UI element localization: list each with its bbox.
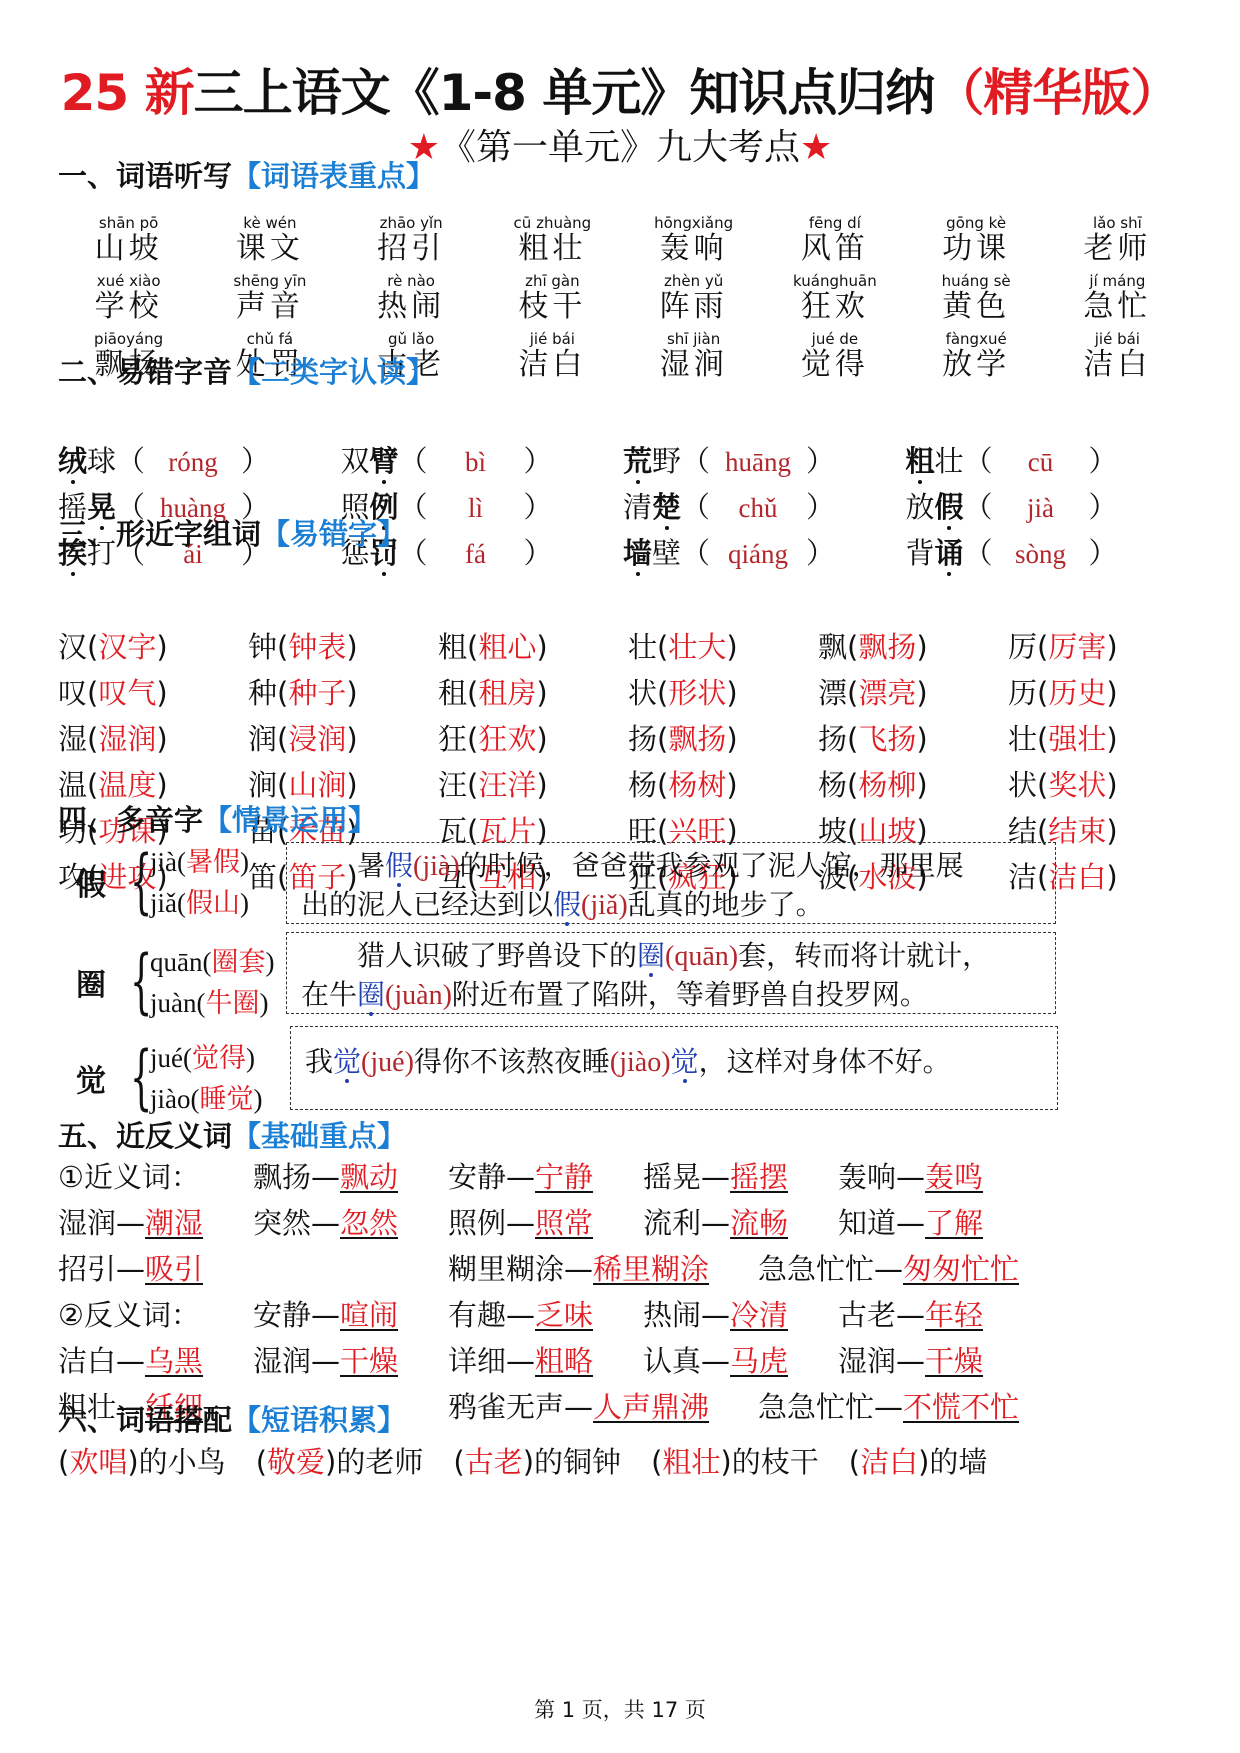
paren-close: ) <box>536 676 547 710</box>
word-pair: 安静—喧闹 <box>253 1292 398 1338</box>
paren-close: ) <box>265 947 274 977</box>
pinyin-label: lǎo shī <box>1093 214 1142 232</box>
paren-open: （ <box>116 444 145 478</box>
vocab-word: zhāo yǐn招引 <box>341 214 482 272</box>
polyphone-option: jià(暑假) <box>150 842 249 883</box>
answer-word: 了解 <box>925 1206 983 1240</box>
highlighted-char: 圈 <box>637 939 665 972</box>
paren-close: ） <box>806 536 835 570</box>
source-word: 安静— <box>448 1160 535 1194</box>
paren-close: ) <box>156 630 167 664</box>
pinyin-label: zhāo yǐn <box>380 214 443 232</box>
pinyin: juàn <box>150 988 197 1018</box>
pinyin-label: jí máng <box>1089 272 1145 290</box>
paren-close: ） <box>524 490 553 524</box>
paren-open: ( <box>197 988 206 1018</box>
vocab-word: cū zhuàng粗壮 <box>482 214 623 272</box>
pinyin-label: jié bái <box>1095 330 1140 348</box>
answer-word: 轰鸣 <box>925 1160 983 1194</box>
compound-word: 壮大 <box>668 630 726 664</box>
paren-close: ) <box>240 847 249 877</box>
compound-word: 飘扬 <box>668 722 726 756</box>
base-char: 润 <box>248 722 277 756</box>
base-char: 汪 <box>438 768 467 802</box>
word-part: 壮 <box>935 444 964 478</box>
base-char: 汉 <box>58 630 87 664</box>
section-heading-2: 二、易错字音【二类字认读】 <box>58 352 435 392</box>
source-word: 招引— <box>58 1252 145 1286</box>
compound-word: 杨树 <box>668 768 726 802</box>
modifier-word: 敬爱 <box>267 1445 325 1479</box>
answer-word: 摇摆 <box>730 1160 788 1194</box>
pinyin-label: huáng sè <box>942 272 1011 290</box>
hanzi-word: 狂欢 <box>801 290 869 324</box>
hanzi-word: 粗壮 <box>518 232 586 266</box>
paren-close: ) <box>346 722 357 756</box>
emphasized-char: 荒 <box>623 444 652 478</box>
compound-word: 厉害 <box>1048 630 1106 664</box>
compound-word: 温度 <box>98 768 156 802</box>
hanzi-word: 洁白 <box>1083 348 1151 382</box>
word-pair: 湿润—干燥 <box>253 1338 398 1384</box>
vocab-row: xué xiào学校shēng yīn声音rè nào热闹zhī gàn枝干zh… <box>58 272 1188 330</box>
paren-close: ） <box>1089 444 1118 478</box>
polyphone-char: 觉 <box>76 1056 106 1100</box>
pinyin: jiǎ <box>150 888 177 918</box>
hanzi-word: 阵雨 <box>660 290 728 324</box>
pinyin-label: zhèn yǔ <box>664 272 723 290</box>
pinyin-label: xué xiào <box>97 272 161 290</box>
pinyin-answer: chǔ <box>710 493 806 524</box>
section-heading-3: 三、形近字组词【易错字】 <box>58 514 406 554</box>
modifier-word: 粗壮 <box>662 1445 720 1479</box>
answer-word: 稀里糊涂 <box>593 1252 709 1286</box>
paren-close: ) <box>916 630 927 664</box>
pinyin-answer: jià <box>993 493 1089 524</box>
base-char: 种 <box>248 676 277 710</box>
pinyin-label: chǔ fá <box>247 330 294 348</box>
noun-phrase: 的老师 <box>336 1445 423 1479</box>
example-word: 睡觉 <box>200 1084 254 1115</box>
vocab-word: shēng yīn声音 <box>199 272 340 330</box>
emphasized-char: 粗 <box>906 444 935 478</box>
similar-item: 状(形状) <box>628 671 818 712</box>
paren-close: ) <box>916 722 927 756</box>
vocab-word: rè nào热闹 <box>341 272 482 330</box>
similar-item: 状(奖状) <box>1008 763 1198 804</box>
compound-word: 汪洋 <box>478 768 536 802</box>
sentence-text: 的时候，爸爸带我参观了泥人馆，那里展 <box>460 849 964 882</box>
pinyin-label: hōngxiǎng <box>654 214 733 232</box>
emphasized-char: 诵 <box>935 536 964 570</box>
pinyin-label: piāoyáng <box>94 330 163 348</box>
similar-row: 叹(叹气)种(种子)租(租房)状(形状)漂(漂亮)历(历史) <box>58 668 1198 714</box>
polyphone-option: jué(觉得) <box>150 1038 263 1079</box>
noun-phrase: 的铜钟 <box>534 1445 621 1479</box>
hanzi-word: 声音 <box>236 290 304 324</box>
answer-word: 宁静 <box>535 1160 593 1194</box>
vocab-word: kuánghuān狂欢 <box>764 272 905 330</box>
word-part: 双 <box>341 444 370 478</box>
sentence-text: 乱真的地步了。 <box>628 888 824 921</box>
answer-word: 干燥 <box>925 1344 983 1378</box>
paren-close: ) <box>536 630 547 664</box>
paren-open: （ <box>681 444 710 478</box>
polyphone-options: quān(圈套)juàn(牛圈) <box>150 942 274 1024</box>
pinyin-label: jué de <box>812 330 858 348</box>
sentence-line: 出的泥人已经达到以假(jiǎ)乱真的地步了。 <box>301 886 1041 925</box>
vocab-word: shān pō山坡 <box>58 214 199 272</box>
vocab-word: huáng sè黄色 <box>906 272 1047 330</box>
noun-phrase: 的枝干 <box>732 1445 819 1479</box>
answer-word: 马虎 <box>730 1344 788 1378</box>
pinyin-answer: fá <box>428 539 524 570</box>
paren-close: ） <box>524 536 553 570</box>
similar-item: 壮(强壮) <box>1008 717 1198 758</box>
source-word: 洁白— <box>58 1344 145 1378</box>
section-heading-1: 一、词语听写【词语表重点】 <box>58 156 435 196</box>
base-char: 历 <box>1008 676 1037 710</box>
polyphone-option: jiǎ(假山) <box>150 883 249 924</box>
paren-close: ） <box>806 490 835 524</box>
paren-close: ) <box>523 1445 534 1479</box>
compound-word: 租房 <box>478 676 536 710</box>
hanzi-word: 学校 <box>95 290 163 324</box>
paren-open: ( <box>1037 768 1048 802</box>
answer-word: 飘动 <box>340 1160 398 1194</box>
answer-word: 喧闹 <box>340 1298 398 1332</box>
section-tag: 【词语表重点】 <box>232 159 435 193</box>
synonym-row: 湿润—潮湿突然—忽然照例—照常流利—流畅知道—了解 <box>58 1200 1198 1246</box>
example-word: 圈套 <box>211 947 265 978</box>
similar-item: 扬(飞扬) <box>818 717 1008 758</box>
word-pair: 招引—吸引 <box>58 1246 203 1292</box>
vocab-word: jí máng急忙 <box>1047 272 1188 330</box>
compound-word: 形状 <box>668 676 726 710</box>
source-word: 安静— <box>253 1298 340 1332</box>
hanzi-word: 急忙 <box>1083 290 1151 324</box>
pinyin-label: kè wén <box>243 214 296 232</box>
paren-open: （ <box>964 536 993 570</box>
paren-open: ( <box>183 1043 192 1073</box>
example-sentence-box: 猎人识破了野兽设下的圈(quān)套，转而将计就计，在牛圈(juàn)附近布置了… <box>286 932 1056 1014</box>
word-pair: ①近义词： <box>58 1154 200 1200</box>
page-number: 第 1 页，共 17 页 <box>0 1694 1240 1724</box>
title-suffix: （精华版） <box>934 64 1179 122</box>
example-word: 觉得 <box>192 1043 246 1074</box>
paren-open: ( <box>58 1445 69 1479</box>
similar-item: 汪(汪洋) <box>438 763 628 804</box>
source-word: ①近义词： <box>58 1160 200 1194</box>
source-word: 流利— <box>643 1206 730 1240</box>
vocab-word: jué de觉得 <box>764 330 905 388</box>
hanzi-word: 湿涧 <box>660 348 728 382</box>
polyphone-char: 假 <box>76 860 106 904</box>
sentence-line: 在牛圈(juàn)附近布置了陷阱，等着野兽自投罗网。 <box>301 976 1041 1015</box>
paren-open: ( <box>657 722 668 756</box>
pinyin-label: cū zhuàng <box>514 214 592 232</box>
sentence-text: 得你不该熬夜睡 <box>414 1045 610 1078</box>
answer-word: 潮湿 <box>145 1206 203 1240</box>
sentence-text: 套，转而将计就计， <box>738 939 990 972</box>
pinyin-label: shēng yīn <box>233 272 306 290</box>
brace-icon: { <box>130 946 152 1016</box>
paren-close: ) <box>1106 676 1117 710</box>
word-pair: 流利—流畅 <box>643 1200 788 1246</box>
compound-word: 强壮 <box>1048 722 1106 756</box>
answer-word: 不慌不忙 <box>903 1390 1019 1424</box>
base-char: 狂 <box>438 722 467 756</box>
base-char: 温 <box>58 768 87 802</box>
paren-open: ( <box>467 768 478 802</box>
similar-item: 涧(山涧) <box>248 763 438 804</box>
vocab-word: kè wén课文 <box>199 214 340 272</box>
word-pair: 古老—年轻 <box>838 1292 983 1338</box>
paren-open: （ <box>964 490 993 524</box>
base-char: 租 <box>438 676 467 710</box>
brace-icon: { <box>130 846 152 916</box>
compound-word: 洁白 <box>1048 860 1106 894</box>
similar-item: 厉(厉害) <box>1008 625 1198 666</box>
paren-open: ( <box>277 722 288 756</box>
word-part: 清 <box>623 490 652 524</box>
pronunciation-row: 绒球（róng）双臂（bì）荒野（huāng）粗壮（cū） <box>58 436 1188 482</box>
base-char: 杨 <box>628 768 657 802</box>
paren-open: （ <box>681 490 710 524</box>
similar-item: 湿(湿润) <box>58 717 248 758</box>
vocab-word: shī jiàn湿涧 <box>623 330 764 388</box>
similar-row: 湿(湿润)润(浸润)狂(狂欢)扬(飘扬)扬(飞扬)壮(强壮) <box>58 714 1198 760</box>
word-pair: 飘扬—飘动 <box>253 1154 398 1200</box>
word-pair: 知道—了解 <box>838 1200 983 1246</box>
pinyin-answer: qiáng <box>710 539 806 570</box>
modifier-word: 古老 <box>465 1445 523 1479</box>
pinyin-label: jié bái <box>530 330 575 348</box>
hanzi-word: 黄色 <box>942 290 1010 324</box>
paren-close: ) <box>1106 860 1117 894</box>
sentence-line: 猎人识破了野兽设下的圈(quān)套，转而将计就计， <box>301 937 1041 976</box>
paren-open: ( <box>657 676 668 710</box>
section-tag: 【短语积累】 <box>232 1403 406 1437</box>
pinyin-label: kuánghuān <box>793 272 877 290</box>
paren-close: ) <box>726 630 737 664</box>
base-char: 扬 <box>628 722 657 756</box>
paren-close: ) <box>726 768 737 802</box>
paren-close: ) <box>346 768 357 802</box>
source-word: 湿润— <box>58 1206 145 1240</box>
phrase: (粗壮)的枝干 <box>651 1445 819 1479</box>
pinyin-answer: róng <box>145 447 241 478</box>
sentence-line: 暑假(jià)的时候，爸爸带我参观了泥人馆，那里展 <box>301 847 1041 886</box>
paren-close: ) <box>254 1084 263 1114</box>
answer-word: 乏味 <box>535 1298 593 1332</box>
answer-word: 干燥 <box>340 1344 398 1378</box>
paren-close: ) <box>536 722 547 756</box>
example-sentence-box: 暑假(jià)的时候，爸爸带我参观了泥人馆，那里展出的泥人已经达到以假(jiǎ)… <box>286 842 1056 924</box>
paren-close: ) <box>260 988 269 1018</box>
paren-open: （ <box>681 536 710 570</box>
pinyin-label: zhī gàn <box>525 272 580 290</box>
source-word: 照例— <box>448 1206 535 1240</box>
synonym-row: 招引—吸引糊里糊涂—稀里糊涂急急忙忙—匆匆忙忙 <box>58 1246 1198 1292</box>
pronunciation-item: 清楚（chǔ） <box>623 485 906 526</box>
word-pair: 有趣—乏味 <box>448 1292 593 1338</box>
highlighted-char: 假 <box>553 888 581 921</box>
vocab-word: fēng dí风笛 <box>764 214 905 272</box>
pronunciation-item: 绒球（róng） <box>58 439 341 480</box>
paren-close: ) <box>346 630 357 664</box>
emphasized-char: 楚 <box>652 490 681 524</box>
paren-open: ( <box>87 676 98 710</box>
pronunciation-item: 粗壮（cū） <box>906 439 1189 480</box>
paren-open: ( <box>847 722 858 756</box>
source-word: 突然— <box>253 1206 340 1240</box>
pinyin-label: gǔ lǎo <box>388 330 434 348</box>
word-pair: 详细—粗略 <box>448 1338 593 1384</box>
pinyin-label: fēng dí <box>809 214 861 232</box>
polyphone-option: quān(圈套) <box>150 942 274 983</box>
answer-word: 粗略 <box>535 1344 593 1378</box>
source-word: 急急忙忙— <box>758 1252 903 1286</box>
emphasized-char: 绒 <box>58 444 87 478</box>
hanzi-word: 洁白 <box>518 348 586 382</box>
similar-item: 汉(汉字) <box>58 625 248 666</box>
pronunciation-item: 荒野（huāng） <box>623 439 906 480</box>
pinyin: quān <box>150 947 202 977</box>
word-pair: 安静—宁静 <box>448 1154 593 1200</box>
word-pair: 糊里糊涂—稀里糊涂 <box>448 1246 709 1292</box>
paren-open: ( <box>657 768 668 802</box>
source-word: ②反义词： <box>58 1298 200 1332</box>
sentence-text: 附近布置了陷阱，等着野兽自投罗网。 <box>452 978 928 1011</box>
answer-word: 流畅 <box>730 1206 788 1240</box>
paren-close: ) <box>156 722 167 756</box>
section-number: 一、词语听写 <box>58 159 232 193</box>
answer-word: 乌黑 <box>145 1344 203 1378</box>
word-pair: 湿润—干燥 <box>838 1338 983 1384</box>
compound-word: 杨柳 <box>858 768 916 802</box>
pinyin: jiào <box>150 1084 191 1114</box>
source-word: 古老— <box>838 1298 925 1332</box>
base-char: 壮 <box>1008 722 1037 756</box>
sentence-text: 暑 <box>301 849 385 882</box>
hanzi-word: 轰响 <box>660 232 728 266</box>
compound-word: 汉字 <box>98 630 156 664</box>
synonym-row: ②反义词：安静—喧闹有趣—乏味热闹—冷清古老—年轻 <box>58 1292 1198 1338</box>
compound-word: 叹气 <box>98 676 156 710</box>
answer-word: 冷清 <box>730 1298 788 1332</box>
compound-word: 种子 <box>288 676 346 710</box>
paren-close: ) <box>916 676 927 710</box>
pronunciation-item: 放假（jià） <box>906 485 1189 526</box>
vocab-word: jié bái洁白 <box>482 330 623 388</box>
word-part: 野 <box>652 444 681 478</box>
source-word: 知道— <box>838 1206 925 1240</box>
word-pair: 湿润—潮湿 <box>58 1200 203 1246</box>
similar-item: 粗(粗心) <box>438 625 628 666</box>
similar-item: 杨(杨树) <box>628 763 818 804</box>
section-tag: 【基础重点】 <box>232 1119 406 1153</box>
example-sentence-box: 我觉(jué)得你不该熬夜睡(jiào)觉，这样对身体不好。 <box>290 1026 1058 1110</box>
paren-close: ) <box>918 1445 929 1479</box>
answer-word: 年轻 <box>925 1298 983 1332</box>
vocab-word: gōng kè功课 <box>906 214 1047 272</box>
similar-item: 狂(狂欢) <box>438 717 628 758</box>
base-char: 叹 <box>58 676 87 710</box>
word-pair: 鸦雀无声—人声鼎沸 <box>448 1384 709 1430</box>
paren-open: （ <box>399 444 428 478</box>
source-word: 详细— <box>448 1344 535 1378</box>
vocab-word: zhèn yǔ阵雨 <box>623 272 764 330</box>
vocab-word: fàngxué放学 <box>906 330 1047 388</box>
paren-close: ) <box>720 1445 731 1479</box>
similar-item: 种(种子) <box>248 671 438 712</box>
paren-close: ） <box>524 444 553 478</box>
pinyin-answer: huāng <box>710 447 806 478</box>
paren-close: ) <box>240 888 249 918</box>
paren-open: ( <box>177 888 186 918</box>
paren-close: ) <box>1106 768 1117 802</box>
pinyin: jià <box>150 847 177 877</box>
paren-close: ） <box>241 444 270 478</box>
example-word: 牛圈 <box>206 988 260 1019</box>
paren-open: （ <box>964 444 993 478</box>
phrase: (敬爱)的老师 <box>256 1445 424 1479</box>
source-word: 有趣— <box>448 1298 535 1332</box>
paren-close: ) <box>1106 722 1117 756</box>
paren-close: ) <box>127 1445 138 1479</box>
sentence-line: 我觉(jué)得你不该熬夜睡(jiào)觉，这样对身体不好。 <box>305 1043 1043 1082</box>
answer-word: 忽然 <box>340 1206 398 1240</box>
section-tag: 【易错字】 <box>261 517 406 551</box>
paren-open: ( <box>847 630 858 664</box>
pinyin-answer: cū <box>993 447 1089 478</box>
paren-open: ( <box>277 676 288 710</box>
vocab-word: lǎo shī老师 <box>1047 214 1188 272</box>
pronunciation-item: 双臂（bì） <box>341 439 624 480</box>
paren-open: ( <box>847 676 858 710</box>
hanzi-word: 功课 <box>942 232 1010 266</box>
compound-word: 湿润 <box>98 722 156 756</box>
section-heading-6: 六、词语搭配【短语积累】 <box>58 1400 406 1440</box>
hanzi-word: 放学 <box>942 348 1010 382</box>
word-pair: 急急忙忙—匆匆忙忙 <box>758 1246 1019 1292</box>
hanzi-word: 老师 <box>1083 232 1151 266</box>
emphasized-char: 墙 <box>623 536 652 570</box>
pinyin-answer: bì <box>428 447 524 478</box>
section-heading-5: 五、近反义词【基础重点】 <box>58 1116 406 1156</box>
pinyin-label: fàngxué <box>946 330 1007 348</box>
highlighted-char: 圈 <box>357 978 385 1011</box>
paren-open: ( <box>277 630 288 664</box>
source-word: 摇晃— <box>643 1160 730 1194</box>
similar-item: 温(温度) <box>58 763 248 804</box>
vocab-row: shān pō山坡kè wén课文zhāo yǐn招引cū zhuàng粗壮hō… <box>58 214 1188 272</box>
similar-item: 历(历史) <box>1008 671 1198 712</box>
source-word: 飘扬— <box>253 1160 340 1194</box>
paren-close: ) <box>726 676 737 710</box>
phrase: (欢唱)的小鸟 <box>58 1445 226 1479</box>
paren-open: ( <box>277 768 288 802</box>
paren-open: ( <box>467 676 478 710</box>
paren-open: ( <box>467 722 478 756</box>
paren-close: ) <box>156 768 167 802</box>
compound-word: 山涧 <box>288 768 346 802</box>
word-pair: 急急忙忙—不慌不忙 <box>758 1384 1019 1430</box>
paren-open: ( <box>657 630 668 664</box>
pinyin-label: rè nào <box>387 272 435 290</box>
hanzi-word: 招引 <box>377 232 445 266</box>
